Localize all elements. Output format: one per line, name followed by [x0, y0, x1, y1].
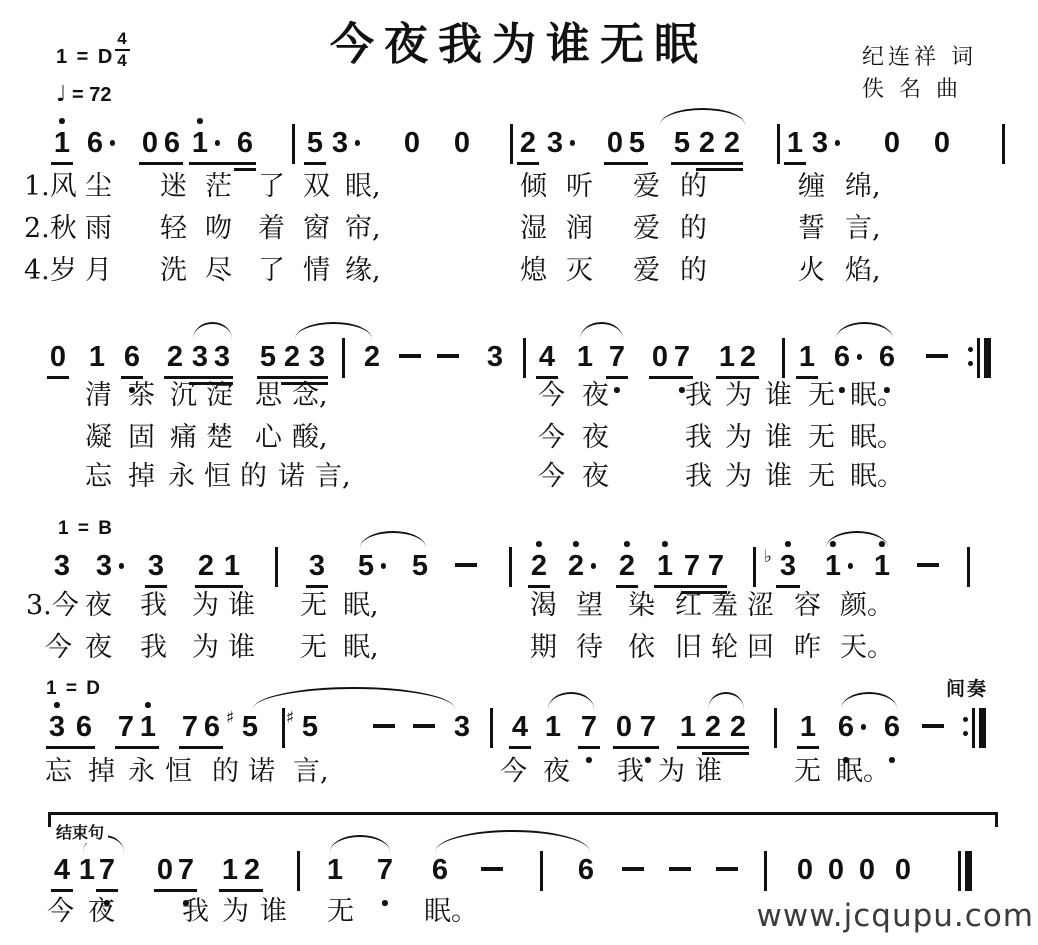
beam-underline	[536, 376, 558, 379]
music-note: 7	[178, 854, 194, 886]
lyric-text: 眠。	[850, 423, 904, 453]
augmentation-dot	[861, 724, 867, 730]
lyric-text: 旧	[675, 633, 702, 663]
octave-dot-high	[59, 118, 65, 124]
music-note: 2	[284, 341, 300, 373]
beam-underline	[784, 162, 806, 165]
music-note: 7	[377, 854, 393, 886]
music-note: 6	[76, 711, 92, 743]
lyric-text: 爱	[633, 172, 660, 202]
beam-underline	[257, 376, 328, 379]
repeat-dot	[968, 347, 973, 352]
octave-dot-low	[382, 900, 388, 906]
lyric-text: 回	[747, 633, 774, 663]
beam-underline	[51, 889, 73, 892]
lyric-text: 迷	[160, 172, 187, 202]
beam-underline	[797, 746, 819, 749]
music-note: 6	[834, 341, 850, 373]
lyric-text: 帘,	[345, 214, 381, 244]
lyric-text: 我	[685, 381, 712, 411]
music-note: 2	[730, 711, 746, 743]
dash-hold-line	[437, 354, 459, 358]
music-note: 1	[825, 550, 841, 582]
octave-dot-low	[614, 387, 620, 393]
lyric-text: 待	[576, 633, 603, 663]
octave-dot-low	[645, 757, 651, 763]
lyric-text: 湿	[520, 214, 547, 244]
lyric-text: 眠。	[850, 381, 904, 411]
octave-dot-low	[839, 387, 845, 393]
slur-arc	[295, 322, 372, 339]
music-note: 0	[652, 341, 668, 373]
lyric-text: 情	[303, 256, 330, 286]
lyric-text: 红	[675, 591, 702, 621]
lyric-text: 为	[725, 423, 752, 453]
lyric-text: 今	[45, 633, 72, 663]
music-note: 0	[142, 127, 158, 159]
dash-hold-line	[922, 724, 944, 728]
slur-arc	[330, 835, 390, 852]
augmentation-dot	[215, 140, 221, 146]
music-note: 7	[609, 341, 625, 373]
lyric-text: 无	[808, 381, 835, 411]
music-note: 6	[432, 854, 448, 886]
lyric-text: 无	[808, 423, 835, 453]
music-note: 5	[260, 341, 276, 373]
lyric-text: 羞	[711, 591, 738, 621]
lyric-text: 夜	[85, 591, 112, 621]
music-note: 2	[198, 550, 214, 582]
beam-underline	[219, 889, 263, 892]
lyric-text: 我	[182, 897, 209, 927]
lyric-text: 永	[128, 757, 155, 787]
augmentation-dot	[110, 140, 116, 146]
music-note: 1	[800, 711, 816, 743]
music-note: 4	[512, 711, 528, 743]
music-note: 6	[838, 711, 854, 743]
lyric-text: 了	[258, 172, 285, 202]
lyric-text: 眠,	[343, 633, 379, 663]
beam-underline	[47, 376, 69, 379]
lyric-text: 渴	[530, 591, 557, 621]
barline	[782, 338, 785, 378]
lyric-text: 痛	[170, 423, 197, 453]
music-note: 2	[244, 854, 260, 886]
lyric-text: 酸,	[292, 423, 328, 453]
beam-underline	[304, 162, 326, 165]
lyric-text: 轻	[160, 214, 187, 244]
lyric-text: 着	[258, 214, 285, 244]
lyric-text: 的	[680, 172, 707, 202]
music-note: 5	[629, 127, 645, 159]
lyric-text: 掉	[128, 462, 155, 492]
lyric-text: 我	[685, 462, 712, 492]
beam-underline	[649, 376, 693, 379]
repeat-dot	[963, 717, 968, 722]
composer-credit: 佚 名 曲	[862, 72, 962, 103]
barline	[510, 124, 513, 164]
music-note: 6	[164, 127, 180, 159]
barline	[282, 708, 285, 748]
lyric-text: 为	[192, 591, 219, 621]
music-note: 1	[192, 127, 208, 159]
lyric-text: 永	[168, 462, 195, 492]
lyric-text: 1.风	[24, 172, 77, 202]
lyric-text: 无	[808, 462, 835, 492]
lyric-text: 的	[680, 256, 707, 286]
lyric-text: 谁	[228, 633, 255, 663]
music-note: 5	[358, 550, 374, 582]
lyric-text: 的	[212, 757, 239, 787]
augmentation-dot	[848, 563, 854, 569]
time-signature-numerator: 4	[112, 30, 132, 48]
lyric-text: 双	[303, 172, 330, 202]
dash-hold-line	[373, 724, 395, 728]
music-note: 2	[568, 550, 584, 582]
beam-underline	[145, 585, 167, 588]
music-note: 1	[657, 550, 673, 582]
barline	[774, 708, 777, 748]
lyric-text: 绵,	[845, 172, 881, 202]
lyric-text: 谁	[765, 381, 792, 411]
music-note: 6	[87, 127, 103, 159]
music-note: 2	[699, 127, 715, 159]
lyric-text: 无	[300, 633, 327, 663]
repeat-dot	[963, 731, 968, 736]
slur-arc	[580, 322, 623, 339]
beam-underline	[578, 746, 600, 749]
lyric-text: 了	[258, 256, 285, 286]
score-page: 今夜我为谁无眠 1 = D 4 4 ♩ = 72 纪连祥 词 佚 名 曲 160…	[0, 0, 1038, 945]
beam-underline	[121, 376, 143, 379]
lyric-text: 听	[566, 172, 593, 202]
lyric-text: 轮	[711, 633, 738, 663]
barline	[490, 708, 493, 748]
lyric-text: 润	[566, 214, 593, 244]
octave-dot-low	[889, 757, 895, 763]
lyric-text: 恒	[165, 757, 192, 787]
music-note: 2	[740, 341, 756, 373]
music-note: 3	[332, 127, 348, 159]
dash-hold-line	[926, 354, 948, 358]
lyric-text: 念,	[292, 381, 328, 411]
beam-underline	[677, 746, 749, 749]
music-note: 0	[895, 854, 911, 886]
music-line-5: 417071217660000	[0, 854, 1038, 904]
lyric-text: 眠。	[850, 462, 904, 492]
beam-underline	[671, 162, 743, 165]
dash-hold-line	[481, 867, 503, 871]
music-note: 3	[192, 341, 208, 373]
lyric-text: 为	[725, 462, 752, 492]
lyric-text: 谁	[228, 591, 255, 621]
octave-dot-high	[573, 541, 579, 547]
lyric-text: 谁	[260, 897, 287, 927]
slur-arc	[826, 531, 888, 548]
lyric-text: 今	[500, 757, 527, 787]
augmentation-dot	[591, 563, 597, 569]
beam-underline	[189, 162, 256, 165]
thin-bar	[977, 338, 980, 378]
lyric-text: 染	[628, 591, 655, 621]
lyric-text: 茫	[205, 172, 232, 202]
lyric-text: 今	[538, 381, 565, 411]
music-note: 2	[531, 550, 547, 582]
dash-hold-line	[716, 867, 738, 871]
music-note: 2	[619, 550, 635, 582]
lyric-text: 月	[85, 256, 112, 286]
barline	[753, 547, 756, 587]
music-note: 6	[578, 854, 594, 886]
beam-underline	[115, 746, 159, 749]
barline	[292, 124, 295, 164]
barline	[540, 851, 543, 891]
lyricist-credit: 纪连祥 词	[862, 40, 977, 71]
lyric-text: 缘,	[345, 256, 381, 286]
beam-underline	[306, 585, 328, 588]
music-note: 1	[680, 711, 696, 743]
lyric-text: 今	[538, 423, 565, 453]
lyric-text: 我	[140, 633, 167, 663]
music-note: 1	[224, 550, 240, 582]
time-signature-denominator: 4	[112, 52, 132, 70]
music-note: 7	[182, 711, 198, 743]
music-note: 2	[364, 341, 380, 373]
repeat-barline	[977, 338, 993, 378]
lyric-text: 为	[222, 897, 249, 927]
lyric-text: 淀	[206, 381, 233, 411]
thick-bar	[965, 851, 972, 891]
augmentation-dot	[355, 140, 361, 146]
thin-bar	[958, 851, 961, 891]
lyric-text: 眼,	[345, 172, 381, 202]
music-note: 3	[148, 550, 164, 582]
section-label: 间奏	[946, 674, 988, 701]
lyric-text: 忘	[85, 462, 112, 492]
lyric-text: 清	[85, 381, 112, 411]
music-note: 5	[412, 550, 428, 582]
octave-dot-high	[624, 541, 630, 547]
barline	[777, 124, 780, 164]
music-note: 0	[50, 341, 66, 373]
music-note: 4	[54, 854, 70, 886]
octave-dot-low	[679, 387, 685, 393]
music-note: 2	[724, 127, 740, 159]
octave-dot-high	[54, 702, 60, 708]
music-note: 0	[828, 854, 844, 886]
lyric-text: 夜	[88, 897, 115, 927]
music-note: 3♭	[780, 550, 796, 582]
tempo-value: = 72	[72, 84, 111, 106]
lyric-text: 颜。	[840, 591, 894, 621]
lyric-text: 爱	[633, 256, 660, 286]
dash-hold-line	[399, 354, 421, 358]
music-note: 0	[797, 854, 813, 886]
beam-underline	[179, 746, 223, 749]
music-note: 5♯	[302, 711, 318, 743]
music-note: 7	[640, 711, 656, 743]
music-note: 1	[222, 854, 238, 886]
beam-underline	[517, 162, 539, 165]
lyric-text: 掉	[88, 757, 115, 787]
lyric-text: 依	[628, 633, 655, 663]
music-note: 1	[577, 341, 593, 373]
lyric-text: 4.岁	[24, 256, 77, 286]
octave-dot-high	[145, 702, 151, 708]
lyric-text: 言,	[845, 214, 881, 244]
music-note: 1	[874, 550, 890, 582]
slur-arc	[836, 322, 893, 339]
beam-underline	[139, 162, 183, 165]
ending-label: 结束句	[56, 820, 108, 843]
section-label: 1 = B	[58, 518, 114, 540]
music-note: 0	[616, 711, 632, 743]
lyric-text: 窗	[303, 214, 330, 244]
slur-arc	[360, 531, 426, 548]
tempo-marking: ♩ = 72	[56, 82, 111, 107]
music-note: 1	[54, 127, 70, 159]
lyric-text: 沉	[170, 381, 197, 411]
music-note: 3	[547, 127, 563, 159]
lyric-text: 夜	[582, 381, 609, 411]
lyric-text: 为	[725, 381, 752, 411]
barline	[967, 547, 970, 587]
beam-underline	[509, 746, 531, 749]
beam-underline	[164, 376, 233, 379]
lyric-text: 心	[255, 423, 282, 453]
dash-hold-line	[917, 563, 939, 567]
lyric-text: 的	[680, 214, 707, 244]
augmentation-dot	[119, 563, 125, 569]
beam-underline	[796, 376, 818, 379]
music-note: 1	[79, 854, 95, 886]
music-note: 5♯	[242, 711, 258, 743]
barline	[509, 547, 512, 587]
dash-hold-line	[669, 867, 691, 871]
barline	[297, 851, 300, 891]
music-note: 2	[167, 341, 183, 373]
music-note: 6	[237, 127, 253, 159]
lyric-text: 无	[300, 591, 327, 621]
music-note: 3	[454, 711, 470, 743]
lyric-text: 言,	[315, 462, 351, 492]
beam-underline	[716, 376, 759, 379]
music-note: 0	[607, 127, 623, 159]
lyric-text: 言,	[293, 757, 329, 787]
music-note: 6	[204, 711, 220, 743]
time-signature: 4 4	[112, 30, 132, 70]
beam-underline	[234, 168, 256, 171]
lyric-text: 夜	[582, 423, 609, 453]
music-note: 4	[539, 341, 555, 373]
music-note: 7	[674, 341, 690, 373]
augmentation-dot	[570, 140, 576, 146]
octave-dot-high	[785, 541, 791, 547]
music-note: 1	[89, 341, 105, 373]
lyric-text: 天。	[840, 633, 894, 663]
lyric-text: 爱	[633, 214, 660, 244]
beam-underline	[96, 889, 118, 892]
lyric-text: 倾	[520, 172, 547, 202]
lyric-text: 忘	[45, 757, 72, 787]
music-note: 5	[307, 127, 323, 159]
lyric-text: 凝	[85, 423, 112, 453]
beam-underline	[604, 162, 648, 165]
music-note: 3	[96, 550, 112, 582]
octave-dot-high	[197, 118, 203, 124]
octave-dot-high	[536, 541, 542, 547]
slur-arc	[708, 692, 744, 709]
key-signature: 1 = D	[56, 46, 114, 69]
barline	[523, 338, 526, 378]
augmentation-dot	[835, 140, 841, 146]
lyric-text: 诺	[248, 757, 275, 787]
music-note: 1	[327, 854, 343, 886]
music-note: 6	[124, 341, 140, 373]
lyric-text: 固	[128, 423, 155, 453]
sharp-icon: ♯	[226, 702, 234, 734]
music-note: 0	[157, 854, 173, 886]
music-note: 5	[674, 127, 690, 159]
lyric-text: 我	[140, 591, 167, 621]
beam-underline	[46, 746, 95, 749]
octave-dot-low	[586, 757, 592, 763]
ending-bracket	[48, 812, 998, 827]
beam-underline	[51, 162, 73, 165]
slur-arc	[660, 108, 745, 125]
lyric-text: 茶	[128, 381, 155, 411]
lyric-text: 尘	[85, 172, 112, 202]
lyric-text: 为	[658, 757, 685, 787]
lyric-text: 眠。	[836, 757, 890, 787]
music-note: 1	[799, 341, 815, 373]
lyric-text: 楚	[206, 423, 233, 453]
lyric-text: 望	[576, 591, 603, 621]
music-note: 7	[708, 550, 724, 582]
barline	[275, 547, 278, 587]
beam-underline	[654, 585, 727, 588]
music-note: 0	[934, 127, 950, 159]
lyric-text: 缠	[798, 172, 825, 202]
lyric-text: 今	[47, 897, 74, 927]
beam-underline	[616, 585, 638, 588]
flat-icon: ♭	[764, 541, 772, 573]
lyric-text: 今	[538, 462, 565, 492]
music-note: 1	[140, 711, 156, 743]
watermark-url: www.jcqupu.com	[757, 898, 1034, 934]
barline	[342, 338, 345, 378]
beam-underline	[613, 746, 659, 749]
lyric-text: 誓	[798, 214, 825, 244]
music-note: 6	[879, 341, 895, 373]
thick-bar	[984, 338, 991, 378]
beam-underline	[606, 376, 628, 379]
slur-arc	[548, 692, 594, 709]
lyric-text: 夜	[582, 462, 609, 492]
beam-underline	[195, 585, 243, 588]
slur-arc	[435, 830, 590, 852]
lyric-text: 谁	[695, 757, 722, 787]
lyric-text: 思	[255, 381, 282, 411]
beam-underline	[776, 585, 800, 588]
music-note: 3	[309, 341, 325, 373]
lyric-text: 灭	[566, 256, 593, 286]
beam-underline	[154, 889, 197, 892]
music-note: 0	[454, 127, 470, 159]
lyric-text: 焰,	[845, 256, 881, 286]
slur-arc	[841, 692, 897, 709]
lyric-text: 洗	[160, 256, 187, 286]
